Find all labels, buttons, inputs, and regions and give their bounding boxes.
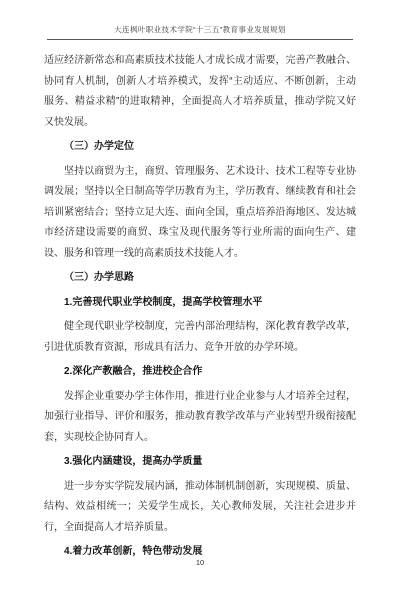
- section-heading: （三）办学定位: [44, 137, 356, 158]
- body-paragraph: 发挥企业重要办学主体作用，推进行业企业参与人才培养全过程，加强行业指导、评价和服…: [44, 387, 356, 449]
- section-heading: （三）办学思路: [44, 268, 356, 289]
- document-page: 大连枫叶职业技术学院“十三五”教育事业发展规划 适应经济新常态和高素质技术技能人…: [0, 0, 400, 600]
- document-body: 适应经济新常态和高素质技术技能人才成长成才需要，完善产教融合、协同育人机制，创新…: [44, 51, 356, 567]
- page-number: 10: [0, 558, 400, 567]
- body-paragraph: 适应经济新常态和高素质技术技能人才成长成才需要，完善产教融合、协同育人机制，创新…: [44, 51, 356, 133]
- header-divider: [47, 39, 353, 40]
- body-paragraph: 坚持以商贸为主，商贸、管理服务、艺术设计、技术工程等专业协调发展；坚持以全日制高…: [44, 162, 356, 265]
- section-subheading: 2.深化产教融合，推进校企合作: [44, 362, 356, 383]
- body-paragraph: 进一步夯实学院发展内涵，推动体制机制创新，实现规模、质量、结构、效益相统一；关爱…: [44, 477, 356, 539]
- document-header-title: 大连枫叶职业技术学院“十三五”教育事业发展规划: [47, 24, 353, 35]
- section-subheading: 3.强化内涵建设，提高办学质量: [44, 452, 356, 473]
- body-paragraph: 健全现代职业学校制度，完善内部治理结构，深化教育教学改革，引进优质教育资源，形成…: [44, 317, 356, 358]
- section-subheading: 1.完善现代职业学校制度，提高学校管理水平: [44, 293, 356, 314]
